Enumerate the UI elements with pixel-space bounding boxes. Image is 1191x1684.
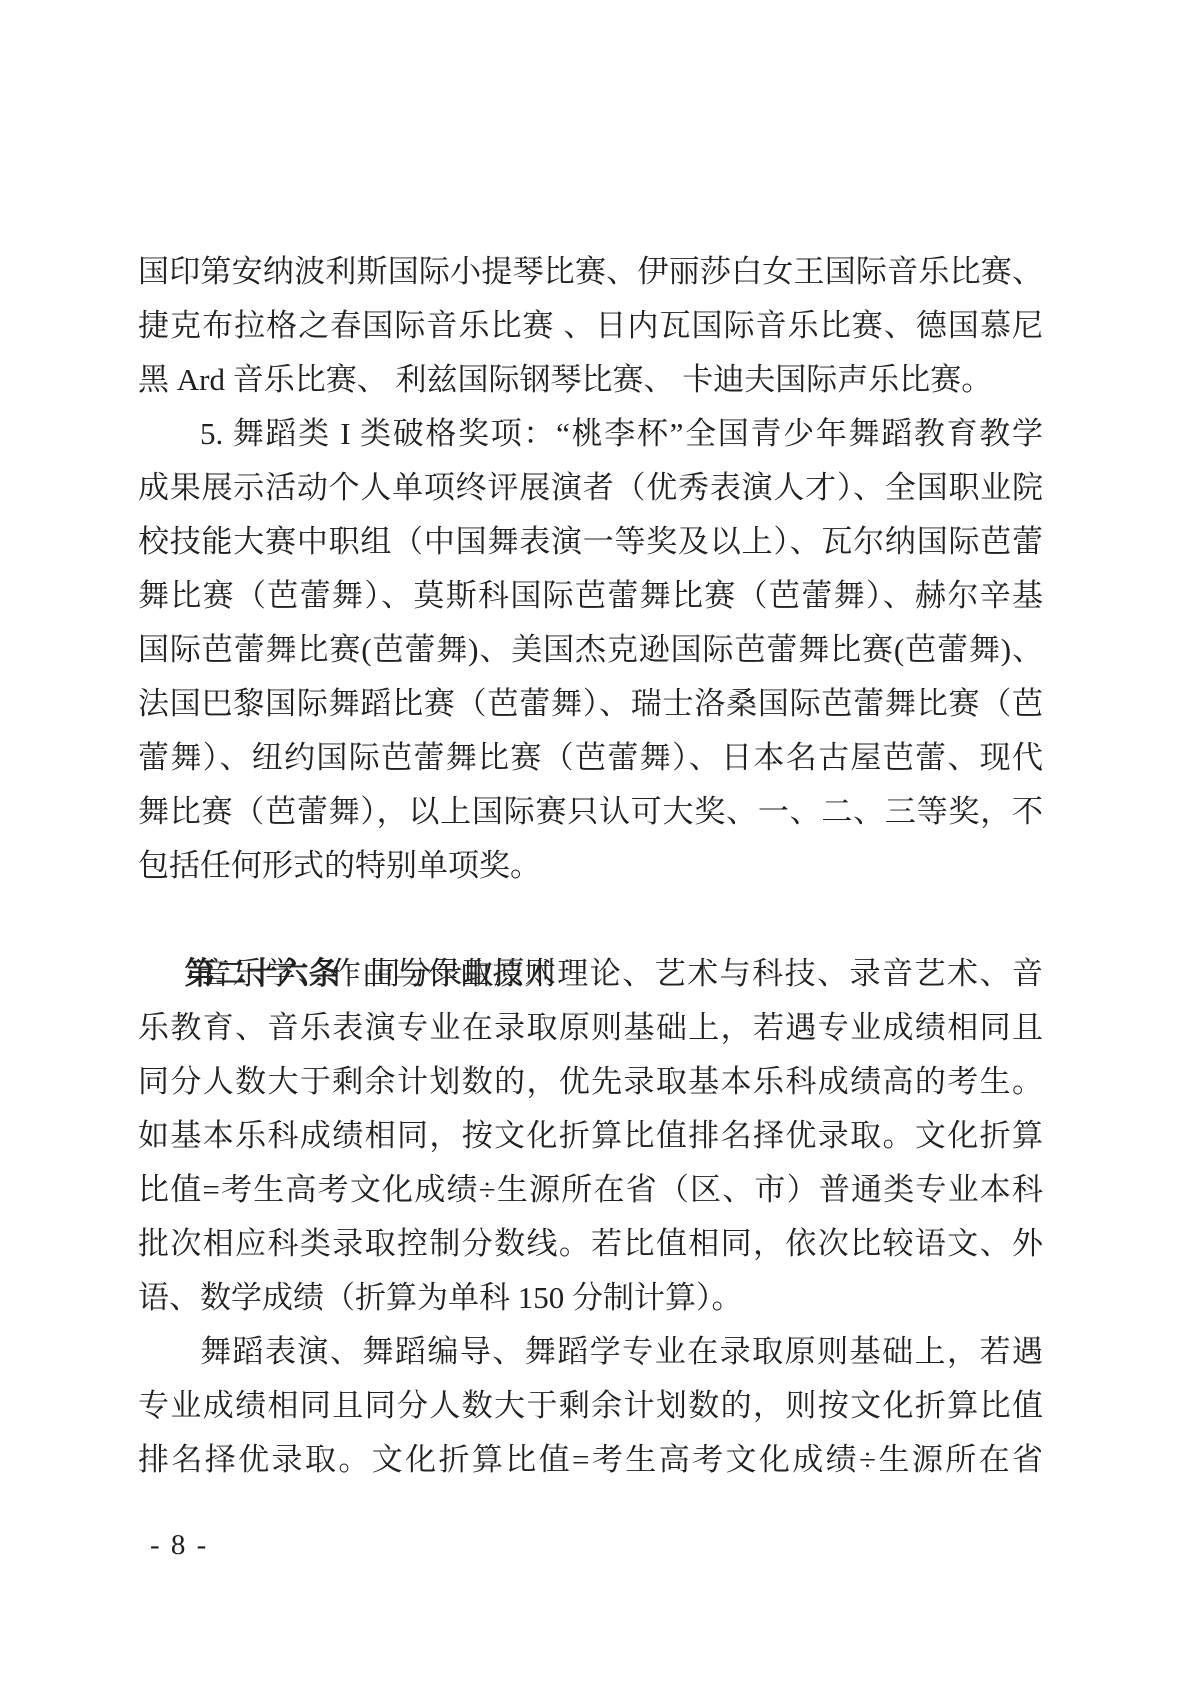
text-line: 国印第安纳波利斯国际小提琴比赛、伊丽莎白女王国际音乐比赛、 bbox=[138, 245, 1043, 299]
text-line: 捷克布拉格之春国际音乐比赛 、日内瓦国际音乐比赛、德国慕尼 bbox=[138, 299, 1043, 353]
text-line: 校技能大赛中职组（中国舞表演一等奖及以上）、瓦尔纳国际芭蕾 bbox=[138, 515, 1043, 569]
text-line: 批次相应科类录取控制分数线。若比值相同，依次比较语文、外 bbox=[138, 1217, 1043, 1271]
article-heading: 第二十六条同分录取原则 bbox=[138, 893, 1043, 947]
document-body: 国印第安纳波利斯国际小提琴比赛、伊丽莎白女王国际音乐比赛、 捷克布拉格之春国际音… bbox=[138, 245, 1043, 1487]
text-line: 乐教育、音乐表演专业在录取原则基础上，若遇专业成绩相同且 bbox=[138, 1001, 1043, 1055]
text-line: 包括任何形式的特别单项奖。 bbox=[138, 839, 1043, 893]
text-line: 舞比赛（芭蕾舞），以上国际赛只认可大奖、一、二、三等奖，不 bbox=[138, 785, 1043, 839]
text-line: 音乐学、作曲与作曲技术理论、艺术与科技、录音艺术、音 bbox=[138, 947, 1043, 1001]
text-line: 蕾舞）、纽约国际芭蕾舞比赛（芭蕾舞）、日本名古屋芭蕾、现代 bbox=[138, 731, 1043, 785]
text-line: 同分人数大于剩余计划数的，优先录取基本乐科成绩高的考生。 bbox=[138, 1055, 1043, 1109]
text-line: 5. 舞蹈类 I 类破格奖项：“桃李杯”全国青少年舞蹈教育教学 bbox=[138, 407, 1043, 461]
text-line: 专业成绩相同且同分人数大于剩余计划数的，则按文化折算比值 bbox=[138, 1379, 1043, 1433]
text-line: 比值=考生高考文化成绩÷生源所在省（区、市）普通类专业本科 bbox=[138, 1163, 1043, 1217]
text-line: 如基本乐科成绩相同，按文化折算比值排名择优录取。文化折算 bbox=[138, 1109, 1043, 1163]
text-line: 成果展示活动个人单项终评展演者（优秀表演人才）、全国职业院 bbox=[138, 461, 1043, 515]
text-line: 排名择优录取。文化折算比值=考生高考文化成绩÷生源所在省 bbox=[138, 1433, 1043, 1487]
page-number: - 8 - bbox=[150, 1520, 208, 1570]
text-line: 国际芭蕾舞比赛(芭蕾舞)、美国杰克逊国际芭蕾舞比赛(芭蕾舞)、 bbox=[138, 623, 1043, 677]
text-line: 语、数学成绩（折算为单科 150 分制计算）。 bbox=[138, 1271, 1043, 1325]
text-line: 舞比赛（芭蕾舞）、莫斯科国际芭蕾舞比赛（芭蕾舞）、赫尔辛基 bbox=[138, 569, 1043, 623]
document-page: 国印第安纳波利斯国际小提琴比赛、伊丽莎白女王国际音乐比赛、 捷克布拉格之春国际音… bbox=[0, 0, 1191, 1684]
text-line: 法国巴黎国际舞蹈比赛（芭蕾舞）、瑞士洛桑国际芭蕾舞比赛（芭 bbox=[138, 677, 1043, 731]
text-line: 黑 Ard 音乐比赛、 利兹国际钢琴比赛、 卡迪夫国际声乐比赛。 bbox=[138, 353, 1043, 407]
text-line: 舞蹈表演、舞蹈编导、舞蹈学专业在录取原则基础上，若遇 bbox=[138, 1325, 1043, 1379]
